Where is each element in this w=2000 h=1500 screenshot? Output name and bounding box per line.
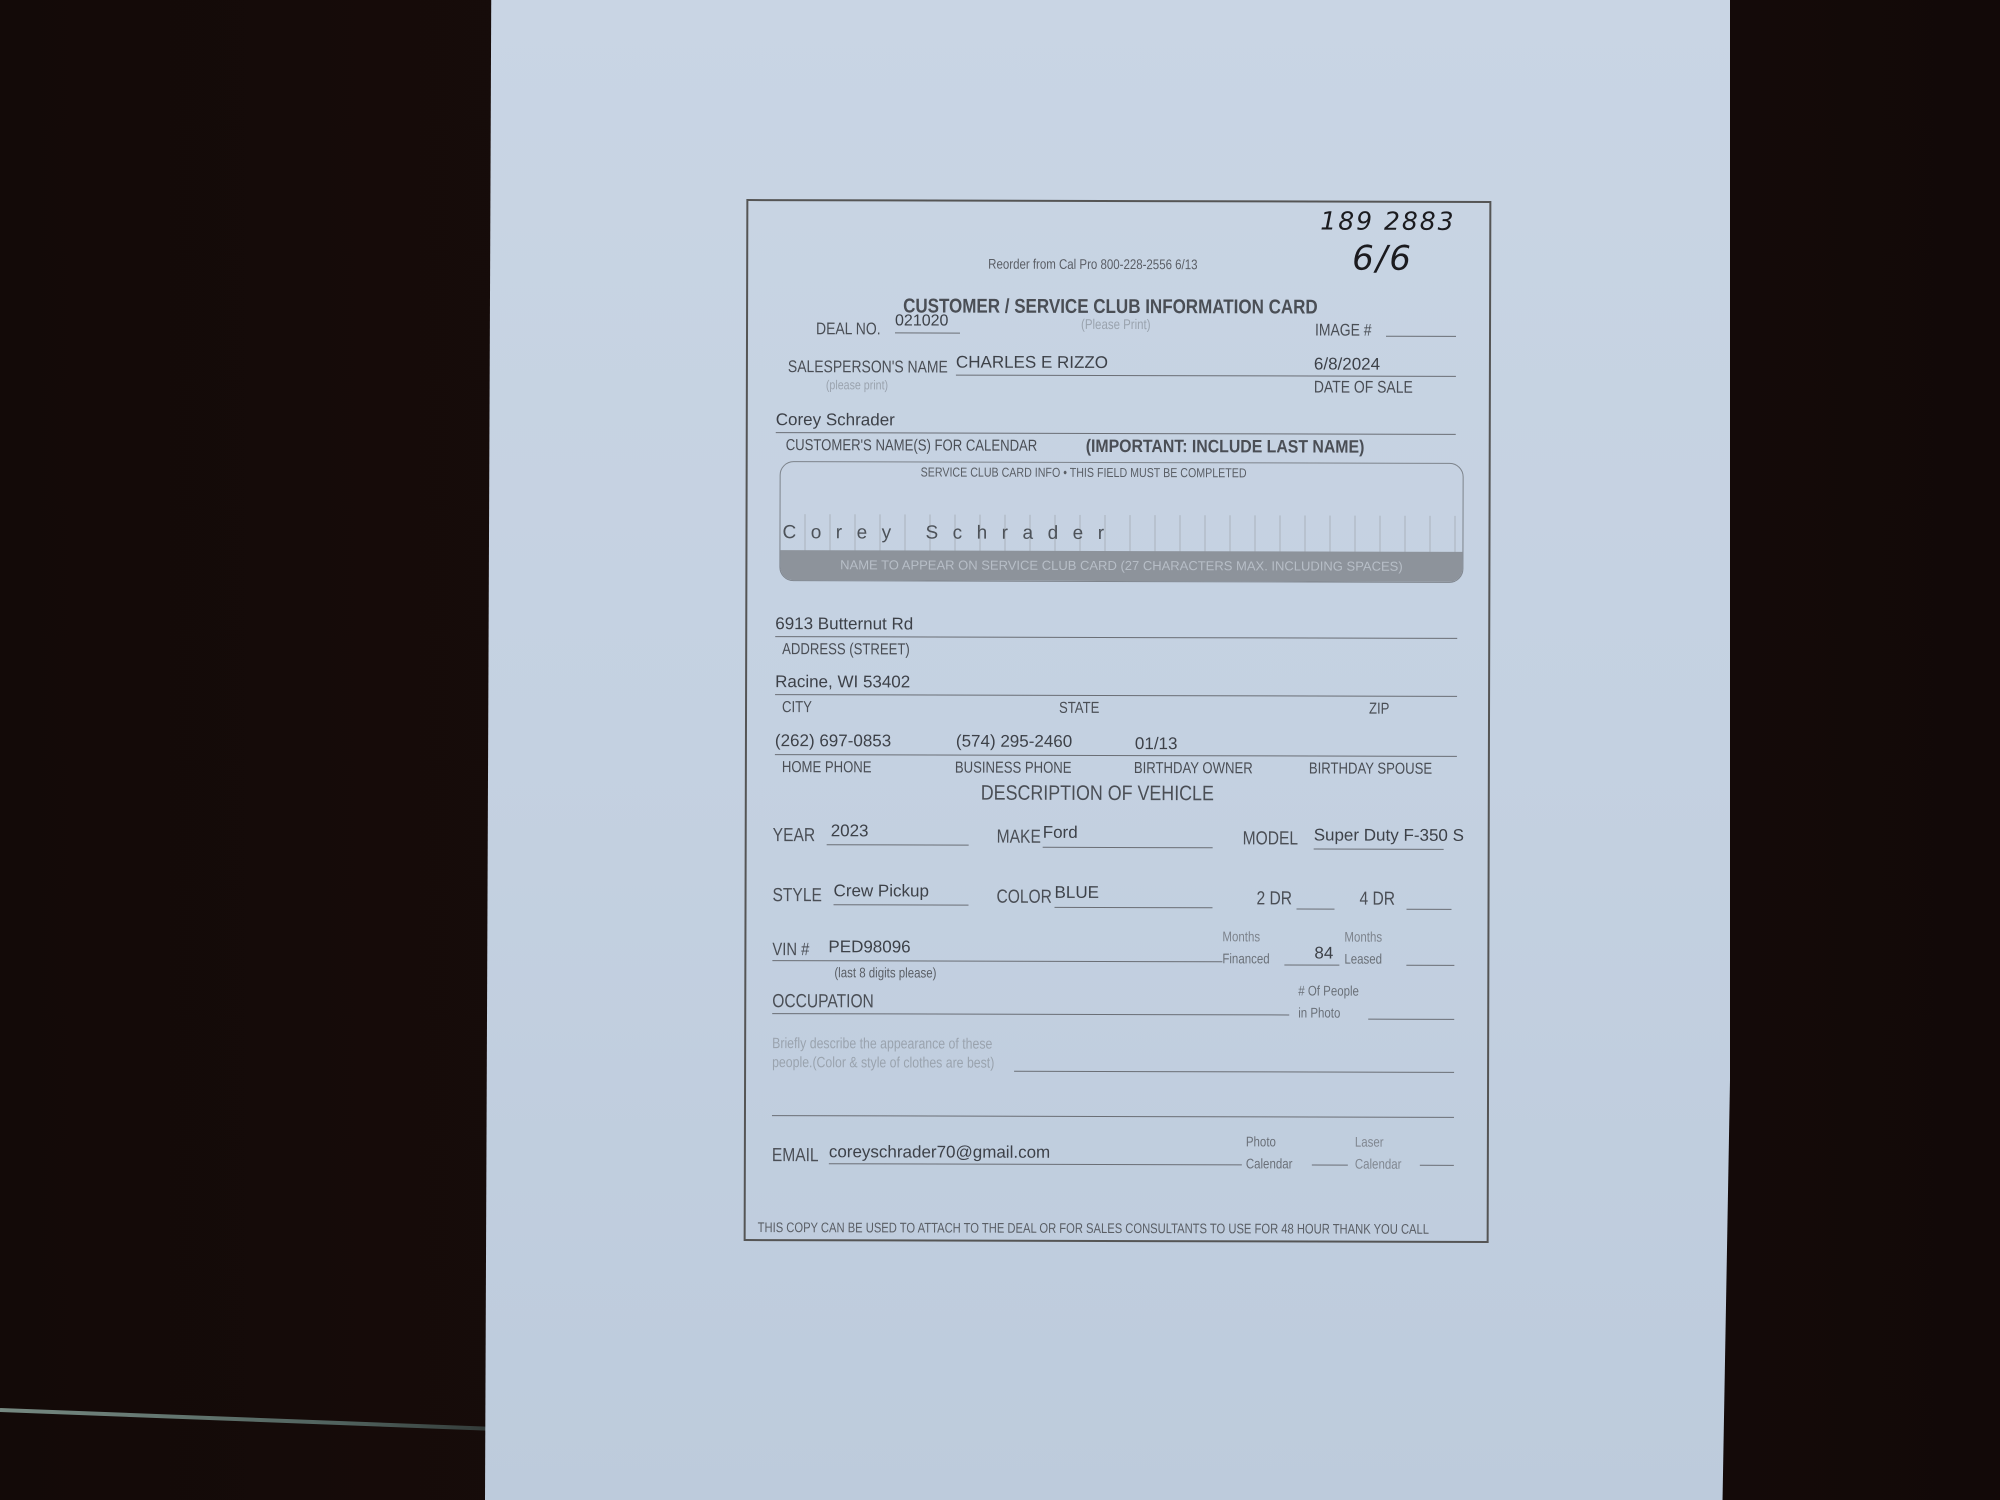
color-value[interactable]: BLUE (1055, 883, 1099, 903)
model-label: MODEL (1243, 828, 1298, 850)
year-label: YEAR (773, 825, 815, 847)
vin-sub: (last 8 digits please) (834, 964, 936, 980)
vin-value[interactable]: PED98096 (828, 937, 910, 957)
deal-no-underline (895, 332, 960, 333)
birthday-spouse-label: BIRTHDAY SPOUSE (1309, 761, 1432, 779)
photo-calendar-label-bottom: Calendar (1246, 1155, 1293, 1171)
address-underline (775, 636, 1457, 639)
service-club-card-header: SERVICE CLUB CARD INFO • THIS FIELD MUST… (921, 464, 1247, 480)
business-phone-label: BUSINESS PHONE (955, 760, 1072, 778)
deal-no-value[interactable]: 021020 (895, 312, 948, 330)
home-phone-value[interactable]: (262) 697-0853 (775, 731, 891, 751)
salesperson-sub: (please print) (826, 377, 888, 392)
deal-no-label: DEAL NO. (816, 319, 881, 339)
two-dr-field[interactable] (1297, 908, 1335, 909)
email-label: EMAIL (772, 1145, 819, 1167)
salesperson-underline (956, 375, 1456, 377)
style-underline (834, 904, 969, 905)
occupation-label: OCCUPATION (772, 991, 874, 1013)
zip-label: ZIP (1369, 701, 1389, 719)
appearance-label-line2: people.(Color & style of clothes are bes… (772, 1054, 994, 1072)
image-no-field[interactable] (1386, 336, 1456, 337)
date-of-sale-value[interactable]: 6/8/2024 (1314, 355, 1380, 375)
include-last-name-note: (IMPORTANT: INCLUDE LAST NAME) (1086, 436, 1365, 458)
birthday-owner-label: BIRTHDAY OWNER (1134, 760, 1253, 778)
please-print-note: (Please Print) (1081, 316, 1151, 332)
months-financed-value[interactable]: 84 (1314, 944, 1333, 964)
year-value[interactable]: 2023 (831, 821, 869, 841)
laser-calendar-field[interactable] (1420, 1165, 1454, 1166)
appearance-field-line2[interactable] (772, 1115, 1454, 1118)
business-phone-value[interactable]: (574) 295-2460 (956, 732, 1072, 752)
service-club-card-footer: NAME TO APPEAR ON SERVICE CLUB CARD (27 … (780, 550, 1462, 582)
customer-name-value[interactable]: Corey Schrader (776, 410, 895, 430)
make-label: MAKE (997, 827, 1041, 849)
four-dr-field[interactable] (1407, 909, 1452, 910)
two-dr-label: 2 DR (1257, 888, 1293, 910)
year-underline (827, 844, 969, 845)
laser-calendar-label-bottom: Calendar (1355, 1156, 1402, 1172)
city-state-zip-value[interactable]: Racine, WI 53402 (775, 672, 910, 692)
shelf-edge (0, 1408, 490, 1431)
four-dr-label: 4 DR (1360, 889, 1396, 911)
style-label: STYLE (773, 885, 822, 907)
customer-name-label: CUSTOMER'S NAME(S) FOR CALENDAR (786, 437, 1038, 456)
reorder-note: Reorder from Cal Pro 800-228-2556 6/13 (988, 256, 1197, 273)
months-financed-underline (1284, 964, 1339, 965)
image-no-label: IMAGE # (1315, 321, 1372, 341)
home-phone-label: HOME PHONE (782, 759, 872, 777)
people-in-photo-label-bottom: in Photo (1298, 1004, 1340, 1020)
service-club-card-name[interactable]: Corey Schrader (782, 522, 1118, 545)
model-value[interactable]: Super Duty F-350 S (1314, 826, 1472, 846)
service-club-card-field[interactable]: SERVICE CLUB CARD INFO • THIS FIELD MUST… (779, 461, 1463, 583)
state-label: STATE (1059, 700, 1099, 718)
months-financed-label-bottom: Financed (1222, 950, 1269, 966)
color-underline (1055, 907, 1213, 908)
color-label: COLOR (997, 887, 1052, 909)
handwritten-number: 189 2883 (1320, 207, 1455, 236)
months-leased-field[interactable] (1406, 965, 1454, 966)
occupation-field[interactable] (772, 1013, 1289, 1015)
salesperson-label: SALESPERSON'S NAME (788, 357, 948, 377)
make-value[interactable]: Ford (1043, 823, 1078, 843)
date-of-sale-label: DATE OF SALE (1314, 378, 1413, 398)
phones-underline (775, 754, 1457, 757)
vehicle-heading: DESCRIPTION OF VEHICLE (981, 782, 1214, 807)
customer-info-card: 189 2883 6/6 Reorder from Cal Pro 800-22… (744, 199, 1492, 1243)
appearance-label-line1: Briefly describe the appearance of these (772, 1035, 992, 1053)
customer-name-underline (776, 432, 1456, 435)
address-value[interactable]: 6913 Butternut Rd (775, 614, 913, 634)
email-value[interactable]: coreyschrader70@gmail.com (829, 1142, 1050, 1163)
make-underline (1043, 847, 1213, 848)
form-footer-note: THIS COPY CAN BE USED TO ATTACH TO THE D… (758, 1219, 1429, 1237)
months-leased-label-top: Months (1344, 929, 1382, 945)
people-in-photo-field[interactable] (1368, 1019, 1454, 1020)
style-value[interactable]: Crew Pickup (834, 881, 929, 901)
photo-calendar-label-top: Photo (1246, 1133, 1276, 1149)
months-financed-label-top: Months (1222, 928, 1260, 944)
email-underline (829, 1163, 1242, 1165)
city-underline (775, 694, 1457, 697)
people-in-photo-label-top: # Of People (1298, 982, 1359, 998)
salesperson-value[interactable]: CHARLES E RIZZO (956, 353, 1108, 373)
handwritten-fraction: 6/6 (1352, 239, 1413, 279)
vin-underline (772, 960, 1222, 962)
address-label: ADDRESS (STREET) (782, 641, 910, 659)
appearance-field-line1[interactable] (1014, 1071, 1454, 1073)
laser-calendar-label-top: Laser (1355, 1134, 1384, 1150)
months-leased-label-bottom: Leased (1344, 951, 1382, 967)
city-label: CITY (782, 699, 812, 717)
model-underline (1314, 849, 1444, 850)
photo-calendar-field[interactable] (1312, 1165, 1348, 1166)
birthday-owner-value[interactable]: 01/13 (1135, 734, 1178, 754)
vin-label: VIN # (772, 939, 809, 960)
